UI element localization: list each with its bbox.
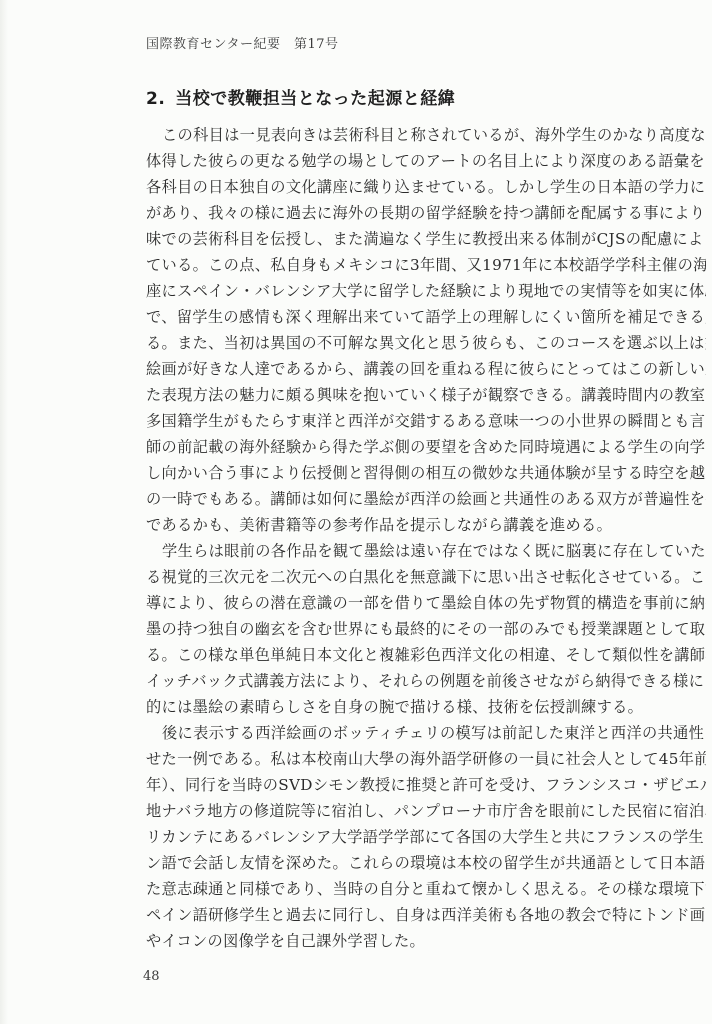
text-line: 年）、同行を当時のSVDシモン教授に推奨と許可を受け、フランシスコ・ザビエルの誕… (146, 772, 706, 798)
text-line: る。この様な単色単純日本文化と複雑彩色西洋文化の相違、そして類似性を講師独自のス (146, 642, 706, 668)
text-line: イッチバック式講義方法により、それらの例題を前後させながら納得できる様にし、最終 (146, 668, 706, 694)
text-line: 的には墨絵の素晴らしさを自身の腕で描ける様、技術を伝授訓練する。 (146, 694, 706, 720)
text-line: 地ナバラ地方の修道院等に宿泊し、パンプローナ市庁舎を眼前にした民宿に宿泊、又、ア (146, 798, 706, 824)
text-line: 座にスペイン・バレンシア大学に留学した経験により現地での実情等を如実に体験したの (146, 278, 706, 304)
text-line: 学生らは眼前の各作品を観て墨絵は遠い存在ではなく既に脳裏に存在していた記憶のあ (146, 538, 706, 564)
text-line: この科目は一見表向きは芸術科目と称されているが、海外学生のかなり高度な日本語を (146, 122, 706, 148)
text-line: し向かい合う事により伝授側と習得側の相互の微妙な共通体験が呈する時空を越えた緊張 (146, 460, 706, 486)
text-line: であるかも、美術書籍等の参考作品を提示しながら講義を進める。 (146, 512, 706, 538)
text-line: 墨の持つ独自の幽玄を含む世界にも最終的にその一部のみでも授業課題として取り入れ (146, 616, 706, 642)
text-line: やイコンの図像学を自己課外学習した。 (146, 928, 706, 954)
text-line: 絵画が好きな人達であるから、講義の回を重ねる程に彼らにとってはこの新しい墨を用い (146, 356, 706, 382)
text-line: 多国籍学生がもたらす東洋と西洋が交錯するある意味一つの小世界の瞬間とも言える。講 (146, 408, 706, 434)
text-line: せた一例である。私は本校南山大學の海外語学研修の一員に社会人として45年前（19… (146, 746, 706, 772)
text-line: ン語で会話し友情を深めた。これらの環境は本校の留学生が共通語として日本語を使用し (146, 850, 706, 876)
text-line: た表現方法の魅力に頗る興味を抱いていく様子が観察できる。講義時間内の教室はまさに (146, 382, 706, 408)
running-header: 国際教育センター紀要 第17号 (146, 33, 339, 52)
text-line: ている。この点、私自身もメキシコに3年間、又1971年に本校語学学科主催の海外研… (146, 252, 706, 278)
text-line: で、留学生の感情も深く理解出来ていて語学上の理解しにくい箇所を補足できる用意があ (146, 304, 706, 330)
page-number: 48 (143, 969, 160, 984)
body-text: この科目は一見表向きは芸術科目と称されているが、海外学生のかなり高度な日本語を … (146, 122, 706, 954)
section-number: 2. (146, 89, 165, 109)
text-line: 味での芸術科目を伝授し、また満遍なく学生に教授出来る体制がCJSの配慮により採ら… (146, 226, 706, 252)
text-line: 導により、彼らの潜在意識の一部を借りて墨絵自体の先ず物質的構造を事前に納得させ又… (146, 590, 706, 616)
section-heading: 2.当校で教鞭担当となった起源と経緯 (146, 84, 455, 109)
text-line: た意志疎通と同様であり、当時の自分と重ねて懐かしく思える。その様な環境下で本校ス (146, 876, 706, 902)
text-line: る視覚的三次元を二次元への白黒化を無意識下に思い出させ転化させている。これらの誘 (146, 564, 706, 590)
text-line: リカンテにあるバレンシア大学語学学部にて各国の大学生と共にフランスの学生とスペイ (146, 824, 706, 850)
section-title-text: 当校で教鞭担当となった起源と経緯 (175, 89, 455, 109)
text-line: る。また、当初は異国の不可解な異文化と思う彼らも、このコースを選ぶ以上は始めから (146, 330, 706, 356)
text-line: の一時でもある。講師は如何に墨絵が西洋の絵画と共通性のある双方が普遍性を持つ美術 (146, 486, 706, 512)
text-line: 各科目の日本独自の文化講座に織り込ませている。しかし学生の日本語の学力には個人差 (146, 174, 706, 200)
text-line: ペイン語研修学生と過去に同行し、自身は西洋美術も各地の教会で特にトンド画（宗教画… (146, 902, 706, 928)
page-edge-shadow (0, 0, 8, 1024)
text-line: があり、我々の様に過去に海外の長期の留学経験を持つ講師を配属する事により本来の意 (146, 200, 706, 226)
text-line: 師の前記載の海外経験から得た学ぶ側の要望を含めた同時境遇による学生の向学心が交錯 (146, 434, 706, 460)
text-line: 体得した彼らの更なる勉学の場としてのアートの名目上により深度のある語彙をこれら、 (146, 148, 706, 174)
text-line: 後に表示する西洋絵画のボッティチェリの模写は前記した東洋と西洋の共通性を対峙さ (146, 720, 706, 746)
